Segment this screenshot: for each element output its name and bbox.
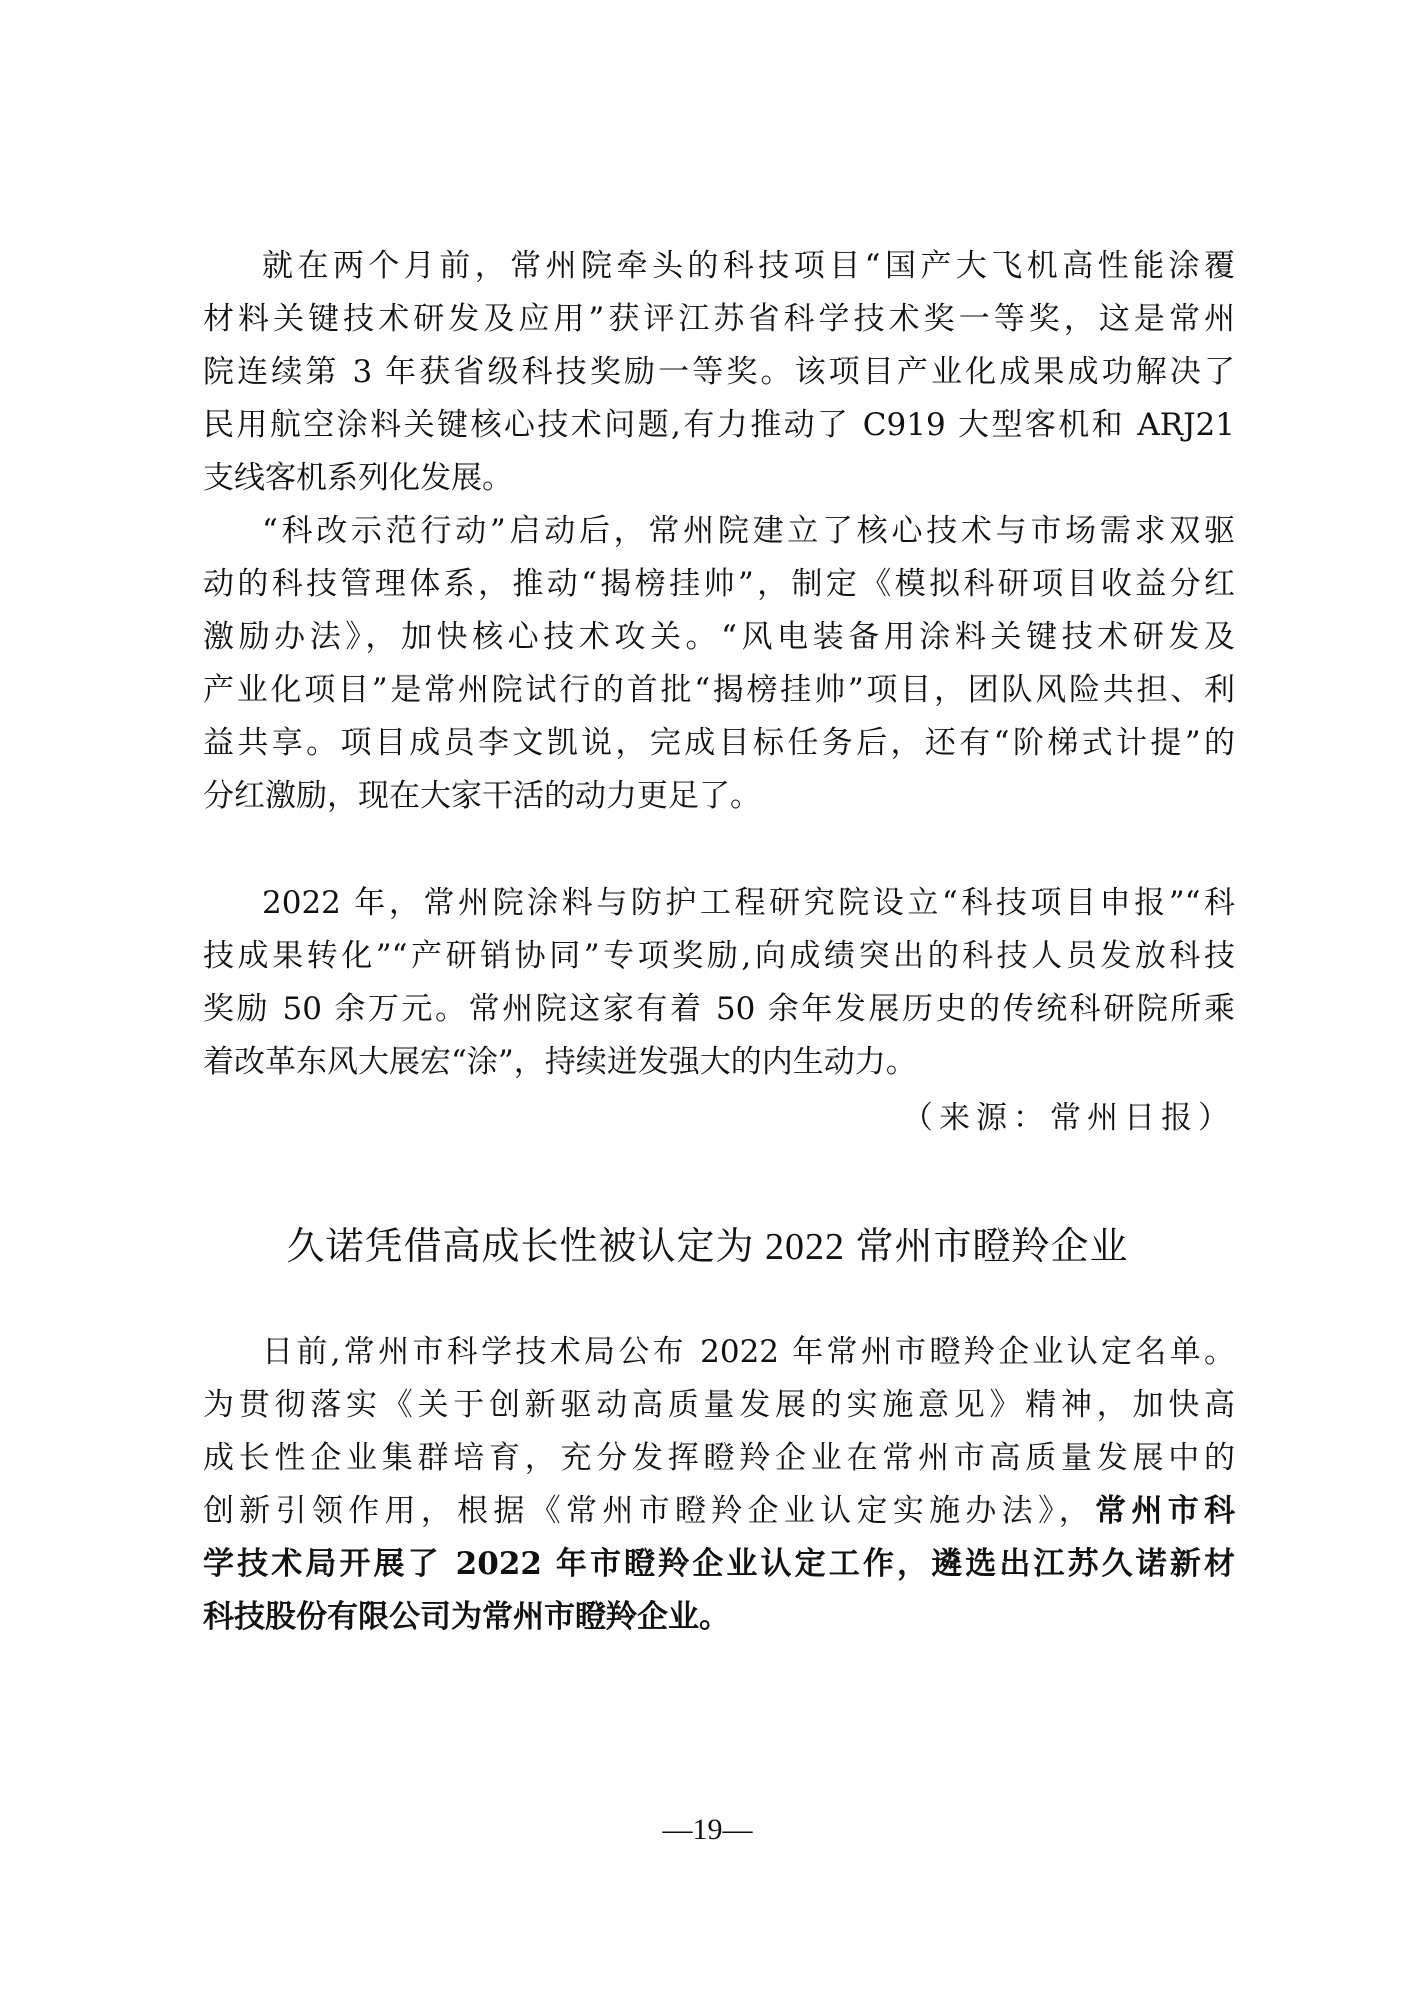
body-text-line-bold: 学技术局开展了 2022 年市瞪羚企业认定工作，遴选出江苏久诺新材 <box>203 1544 1235 1584</box>
body-text-normal: 创新引领作用，根据《常州市瞪羚企业认定实施办法》， <box>203 1493 1095 1529</box>
body-text-line-bold: 科技股份有限公司为常州市瞪羚企业。 <box>203 1597 1235 1637</box>
body-text-line: 院连续第 3 年获省级科技奖励一等奖。该项目产业化成果成功解决了 <box>203 352 1235 392</box>
body-text-line: 成长性企业集群培育，充分发挥瞪羚企业在常州市高质量发展中的 <box>203 1438 1235 1478</box>
document-page: 就在两个月前，常州院牵头的科技项目“国产大飞机高性能涂覆 材料关键技术研发及应用… <box>0 0 1415 2000</box>
article-title: 久诺凭借高成长性被认定为 2022 常州市瞪羚企业 <box>0 1222 1415 1272</box>
page-number: —19— <box>0 1810 1415 1850</box>
body-text-line: 就在两个月前，常州院牵头的科技项目“国产大飞机高性能涂覆 <box>262 246 1235 286</box>
body-text-line: 产业化项目”是常州院试行的首批“揭榜挂帅”项目，团队风险共担、利 <box>203 670 1235 710</box>
body-text-line: 激励办法》，加快核心技术攻关。“风电装备用涂料关键技术研发及 <box>203 617 1235 657</box>
body-text-line: 2022 年，常州院涂料与防护工程研究院设立“科技项目申报”“科 <box>262 883 1235 923</box>
body-text-line: 创新引领作用，根据《常州市瞪羚企业认定实施办法》，常州市科 <box>203 1491 1235 1531</box>
body-text-line: 动的科技管理体系，推动“揭榜挂帅”，制定《模拟科研项目收益分红 <box>203 564 1235 604</box>
body-text-line: 支线客机系列化发展。 <box>203 458 1235 498</box>
body-text-line: 技成果转化”“产研销协同”专项奖励,向成绩突出的科技人员发放科技 <box>203 936 1235 976</box>
body-text-line: 益共享。项目成员李文凯说，完成目标任务后，还有“阶梯式计提”的 <box>203 723 1235 763</box>
body-text-line: 分红激励，现在大家干活的动力更足了。 <box>203 776 1235 816</box>
body-text-line: 日前,常州市科学技术局公布 2022 年常州市瞪羚企业认定名单。 <box>262 1332 1235 1372</box>
source-attribution: （来源：常州日报） <box>902 1098 1235 1138</box>
body-text-line: 奖励 50 余万元。常州院这家有着 50 余年发展历史的传统科研院所乘 <box>203 989 1235 1029</box>
body-text-line: 为贯彻落实《关于创新驱动高质量发展的实施意见》精神，加快高 <box>203 1385 1235 1425</box>
body-text-line: 着改革东风大展宏“涂”，持续迸发强大的内生动力。 <box>203 1042 1235 1082</box>
body-text-line: 民用航空涂料关键核心技术问题,有力推动了 C919 大型客机和 ARJ21 <box>203 405 1235 445</box>
body-text-line: 材料关键技术研发及应用”获评江苏省科学技术奖一等奖，这是常州 <box>203 299 1235 339</box>
body-text-line: “科改示范行动”启动后，常州院建立了核心技术与市场需求双驱 <box>262 511 1235 551</box>
body-text-bold: 常州市科 <box>1095 1493 1235 1529</box>
